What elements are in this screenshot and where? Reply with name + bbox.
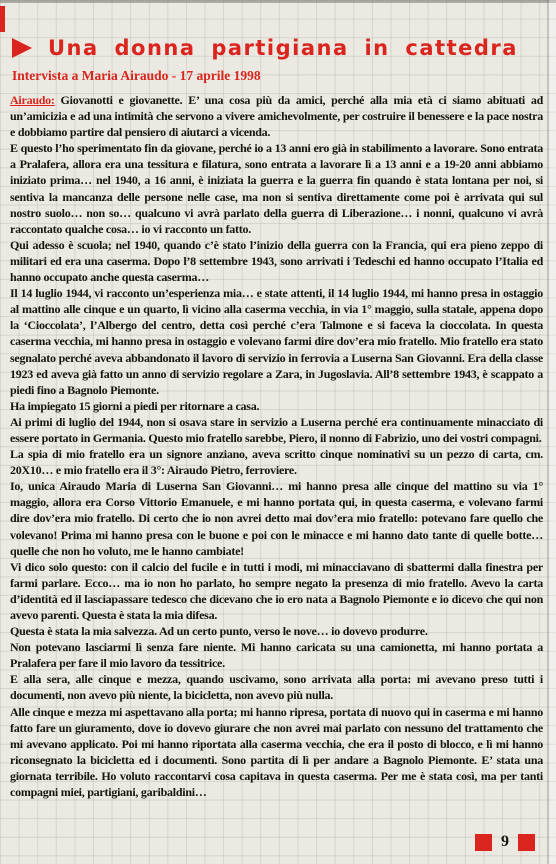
scan-right-strip [549,0,556,864]
paragraph: Qui adesso è scuola; nel 1940, quando c’… [10,237,543,285]
paragraph: La spia di mio fratello era un signore a… [10,446,543,478]
speaker-label: Airaudo: [10,93,55,107]
red-square-icon [518,834,535,851]
red-square-icon [475,834,492,851]
paragraph: E alla sera, alle cinque e mezza, quando… [10,671,543,703]
right-triangle-icon [12,38,32,58]
article-header: Una donna partigiana in cattedra Intervi… [12,36,544,84]
scan-top-edge [0,0,556,3]
paragraph: E questo l’ho sperimentato fin da giovan… [10,140,543,237]
page-title: Una donna partigiana in cattedra [48,36,518,60]
paragraph: Vi dico solo questo: con il calcio del f… [10,559,543,623]
paragraph: Io, unica Airaudo Maria di Luserna San G… [10,478,543,558]
scanned-document-page: Una donna partigiana in cattedra Intervi… [0,0,556,864]
paragraph: Ha impiegato 15 giorni a piedi per ritor… [10,398,543,414]
paragraph: Alle cinque e mezza mi aspettavano alla … [10,704,543,801]
paragraph: Airaudo: Giovanotti e giovanette. E’ una… [10,92,543,140]
paragraph: Questa è stata la mia salvezza. Ad un ce… [10,623,543,639]
red-corner-mark [0,6,5,32]
article-body: Airaudo: Giovanotti e giovanette. E’ una… [10,92,543,800]
paragraph: Il 14 luglio 1944, vi racconto un’esperi… [10,285,543,398]
page-footer: 9 [475,833,535,851]
paragraph: Non potevano lasciarmi lì senza fare nie… [10,639,543,671]
page-number: 9 [501,833,509,851]
article-subtitle: Intervista a Maria Airaudo - 17 aprile 1… [12,68,544,84]
paragraph: Ai primi di luglio del 1944, non si osav… [10,414,543,446]
